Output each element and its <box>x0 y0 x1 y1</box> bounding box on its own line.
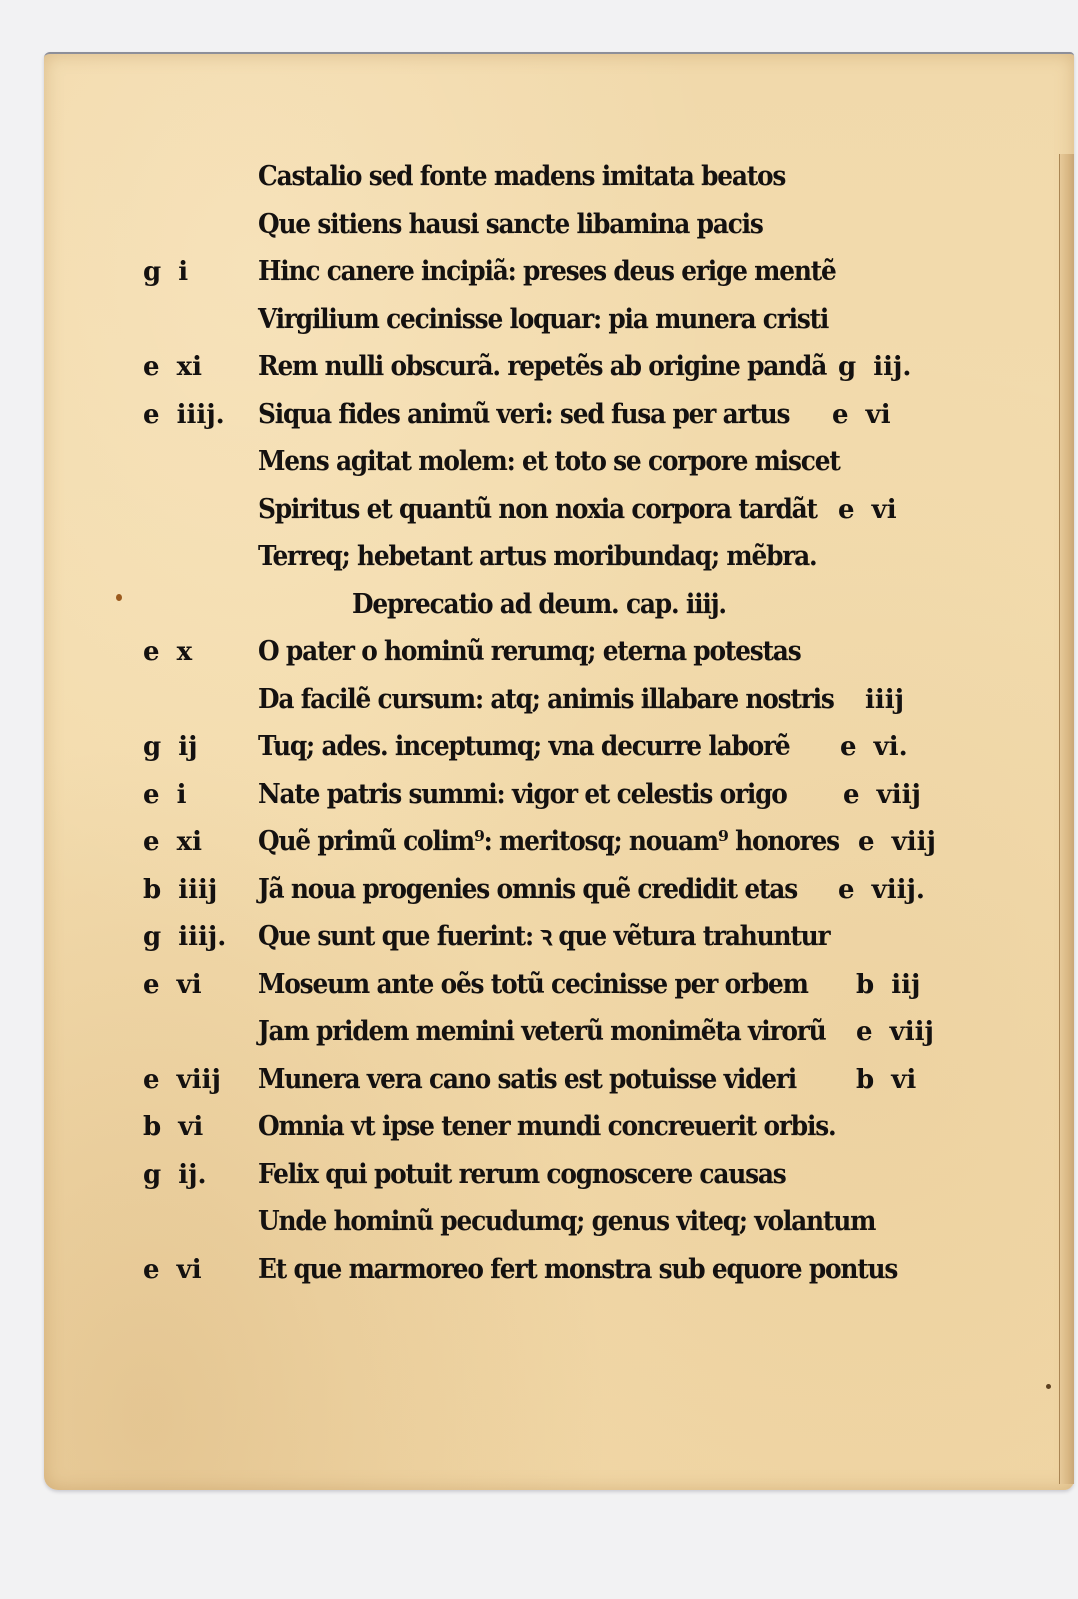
margin-reference-left: e xi <box>143 819 202 865</box>
verse-line: e iiij.Siqua fides animũ veri: sed fusa … <box>44 392 1074 438</box>
margin-reference-left: g ij. <box>143 1152 207 1198</box>
verse-line: Castalio sed fonte madens imitata beatos <box>44 154 1074 200</box>
verse-line: g ij.Felix qui potuit rerum cognoscere c… <box>44 1152 1074 1198</box>
verse-text: Munera vera cano satis est potuisse vide… <box>258 1057 796 1103</box>
chapter-heading-line: Deprecatio ad deum. cap. iiij. <box>44 582 1074 628</box>
margin-reference-right: e viij <box>843 772 921 818</box>
verse-text: Siqua fides animũ veri: sed fusa per art… <box>258 392 789 438</box>
chapter-heading: Deprecatio ad deum. cap. iiij. <box>352 582 726 628</box>
margin-reference-right: e vi. <box>840 724 908 770</box>
verse-text: O pater o hominũ rerumq; eterna potestas <box>258 629 800 675</box>
verse-text: Nate patris summi: vigor et celestis ori… <box>258 772 787 818</box>
margin-reference-right: b iij <box>856 962 920 1008</box>
verse-text: Jam pridem memini veterũ monimẽta virorũ <box>258 1009 826 1055</box>
paper-leaf: Castalio sed fonte madens imitata beatos… <box>44 52 1074 1490</box>
margin-reference-right: iiij <box>865 677 904 723</box>
margin-reference-left: g ij <box>143 724 198 770</box>
verse-line: Mens agitat molem: et toto se corpore mi… <box>44 439 1074 485</box>
margin-reference-left: b iiij <box>143 867 217 913</box>
margin-reference-left: e i <box>143 772 186 818</box>
margin-reference-right: g iij. <box>838 344 911 390</box>
margin-reference-left: e iiij. <box>143 392 225 438</box>
verse-line: b viOmnia vt ipse tener mundi concreueri… <box>44 1104 1074 1150</box>
verse-text: Da facilẽ cursum: atq; animis illabare n… <box>258 677 834 723</box>
verse-text: Que sitiens hausi sancte libamina pacis <box>258 202 763 248</box>
margin-reference-left: e xi <box>143 344 202 390</box>
verse-text: Mens agitat molem: et toto se corpore mi… <box>258 439 840 485</box>
margin-reference-right: b vi <box>856 1057 916 1103</box>
verse-text: Castalio sed fonte madens imitata beatos <box>258 154 785 200</box>
verse-line: Unde hominũ pecudumq; genus viteq; volan… <box>44 1199 1074 1245</box>
margin-reference-left: e viij <box>143 1057 221 1103</box>
verse-text: Et que marmoreo fert monstra sub equore … <box>258 1247 897 1293</box>
verse-text: Felix qui potuit rerum cognoscere causas <box>258 1152 786 1198</box>
verse-line: Spiritus et quantũ non noxia corpora tar… <box>44 487 1074 533</box>
margin-reference-left: e x <box>143 629 192 675</box>
verse-text: Quẽ primũ colim⁹: meritosq; nouam⁹ honor… <box>258 819 839 865</box>
verse-line: g ijTuq; ades. inceptumq; vna decurre la… <box>44 724 1074 770</box>
verse-line: Da facilẽ cursum: atq; animis illabare n… <box>44 677 1074 723</box>
verse-line: Virgilium cecinisse loquar: pia munera c… <box>44 297 1074 343</box>
verse-text: Spiritus et quantũ non noxia corpora tar… <box>258 487 817 533</box>
margin-reference-left: g i <box>143 249 188 295</box>
margin-reference-right: e viij. <box>838 867 925 913</box>
verse-line: e xO pater o hominũ rerumq; eterna potes… <box>44 629 1074 675</box>
scanned-page-photo: Castalio sed fonte madens imitata beatos… <box>0 0 1078 1599</box>
verse-text: Rem nulli obscurã. repetẽs ab origine pa… <box>258 344 826 390</box>
margin-reference-right: e vi <box>838 487 897 533</box>
verse-text: Omnia vt ipse tener mundi concreuerit or… <box>258 1104 835 1150</box>
verse-text: Hinc canere incipiã: preses deus erige m… <box>258 249 836 295</box>
verse-line: Terreq; hebetant artus moribundaq; mẽbra… <box>44 534 1074 580</box>
margin-reference-left: b vi <box>143 1104 203 1150</box>
verse-text: Unde hominũ pecudumq; genus viteq; volan… <box>258 1199 875 1245</box>
verse-text: Virgilium cecinisse loquar: pia munera c… <box>258 297 828 343</box>
verse-text: Jã noua progenies omnis quẽ credidit eta… <box>258 867 797 913</box>
margin-reference-right: e viij <box>856 1009 934 1055</box>
verse-line: e viijMunera vera cano satis est potuiss… <box>44 1057 1074 1103</box>
verse-line: Que sitiens hausi sancte libamina pacis <box>44 202 1074 248</box>
verse-line: Jam pridem memini veterũ monimẽta virorũ… <box>44 1009 1074 1055</box>
margin-reference-right: e vi <box>832 392 891 438</box>
verse-line: e xiQuẽ primũ colim⁹: meritosq; nouam⁹ h… <box>44 819 1074 865</box>
verse-text: Terreq; hebetant artus moribundaq; mẽbra… <box>258 534 817 580</box>
verse-text: Tuq; ades. inceptumq; vna decurre laborẽ <box>258 724 790 770</box>
verse-text: Moseum ante oẽs totũ cecinisse per orbem <box>258 962 808 1008</box>
margin-reference-left: e vi <box>143 1247 202 1293</box>
verse-line: b iiijJã noua progenies omnis quẽ credid… <box>44 867 1074 913</box>
verse-text: Que sunt que fuerint: ꝛ que vẽtura trahu… <box>258 914 829 960</box>
verse-line: e viEt que marmoreo fert monstra sub equ… <box>44 1247 1074 1293</box>
verse-text-block: Castalio sed fonte madens imitata beatos… <box>44 54 1074 1490</box>
verse-line: e xiRem nulli obscurã. repetẽs ab origin… <box>44 344 1074 390</box>
margin-reference-right: e viij <box>858 819 936 865</box>
verse-line: g iiij.Que sunt que fuerint: ꝛ que vẽtur… <box>44 914 1074 960</box>
margin-reference-left: e vi <box>143 962 202 1008</box>
margin-reference-left: g iiij. <box>143 914 226 960</box>
verse-line: g iHinc canere incipiã: preses deus erig… <box>44 249 1074 295</box>
verse-line: e iNate patris summi: vigor et celestis … <box>44 772 1074 818</box>
verse-line: e viMoseum ante oẽs totũ cecinisse per o… <box>44 962 1074 1008</box>
